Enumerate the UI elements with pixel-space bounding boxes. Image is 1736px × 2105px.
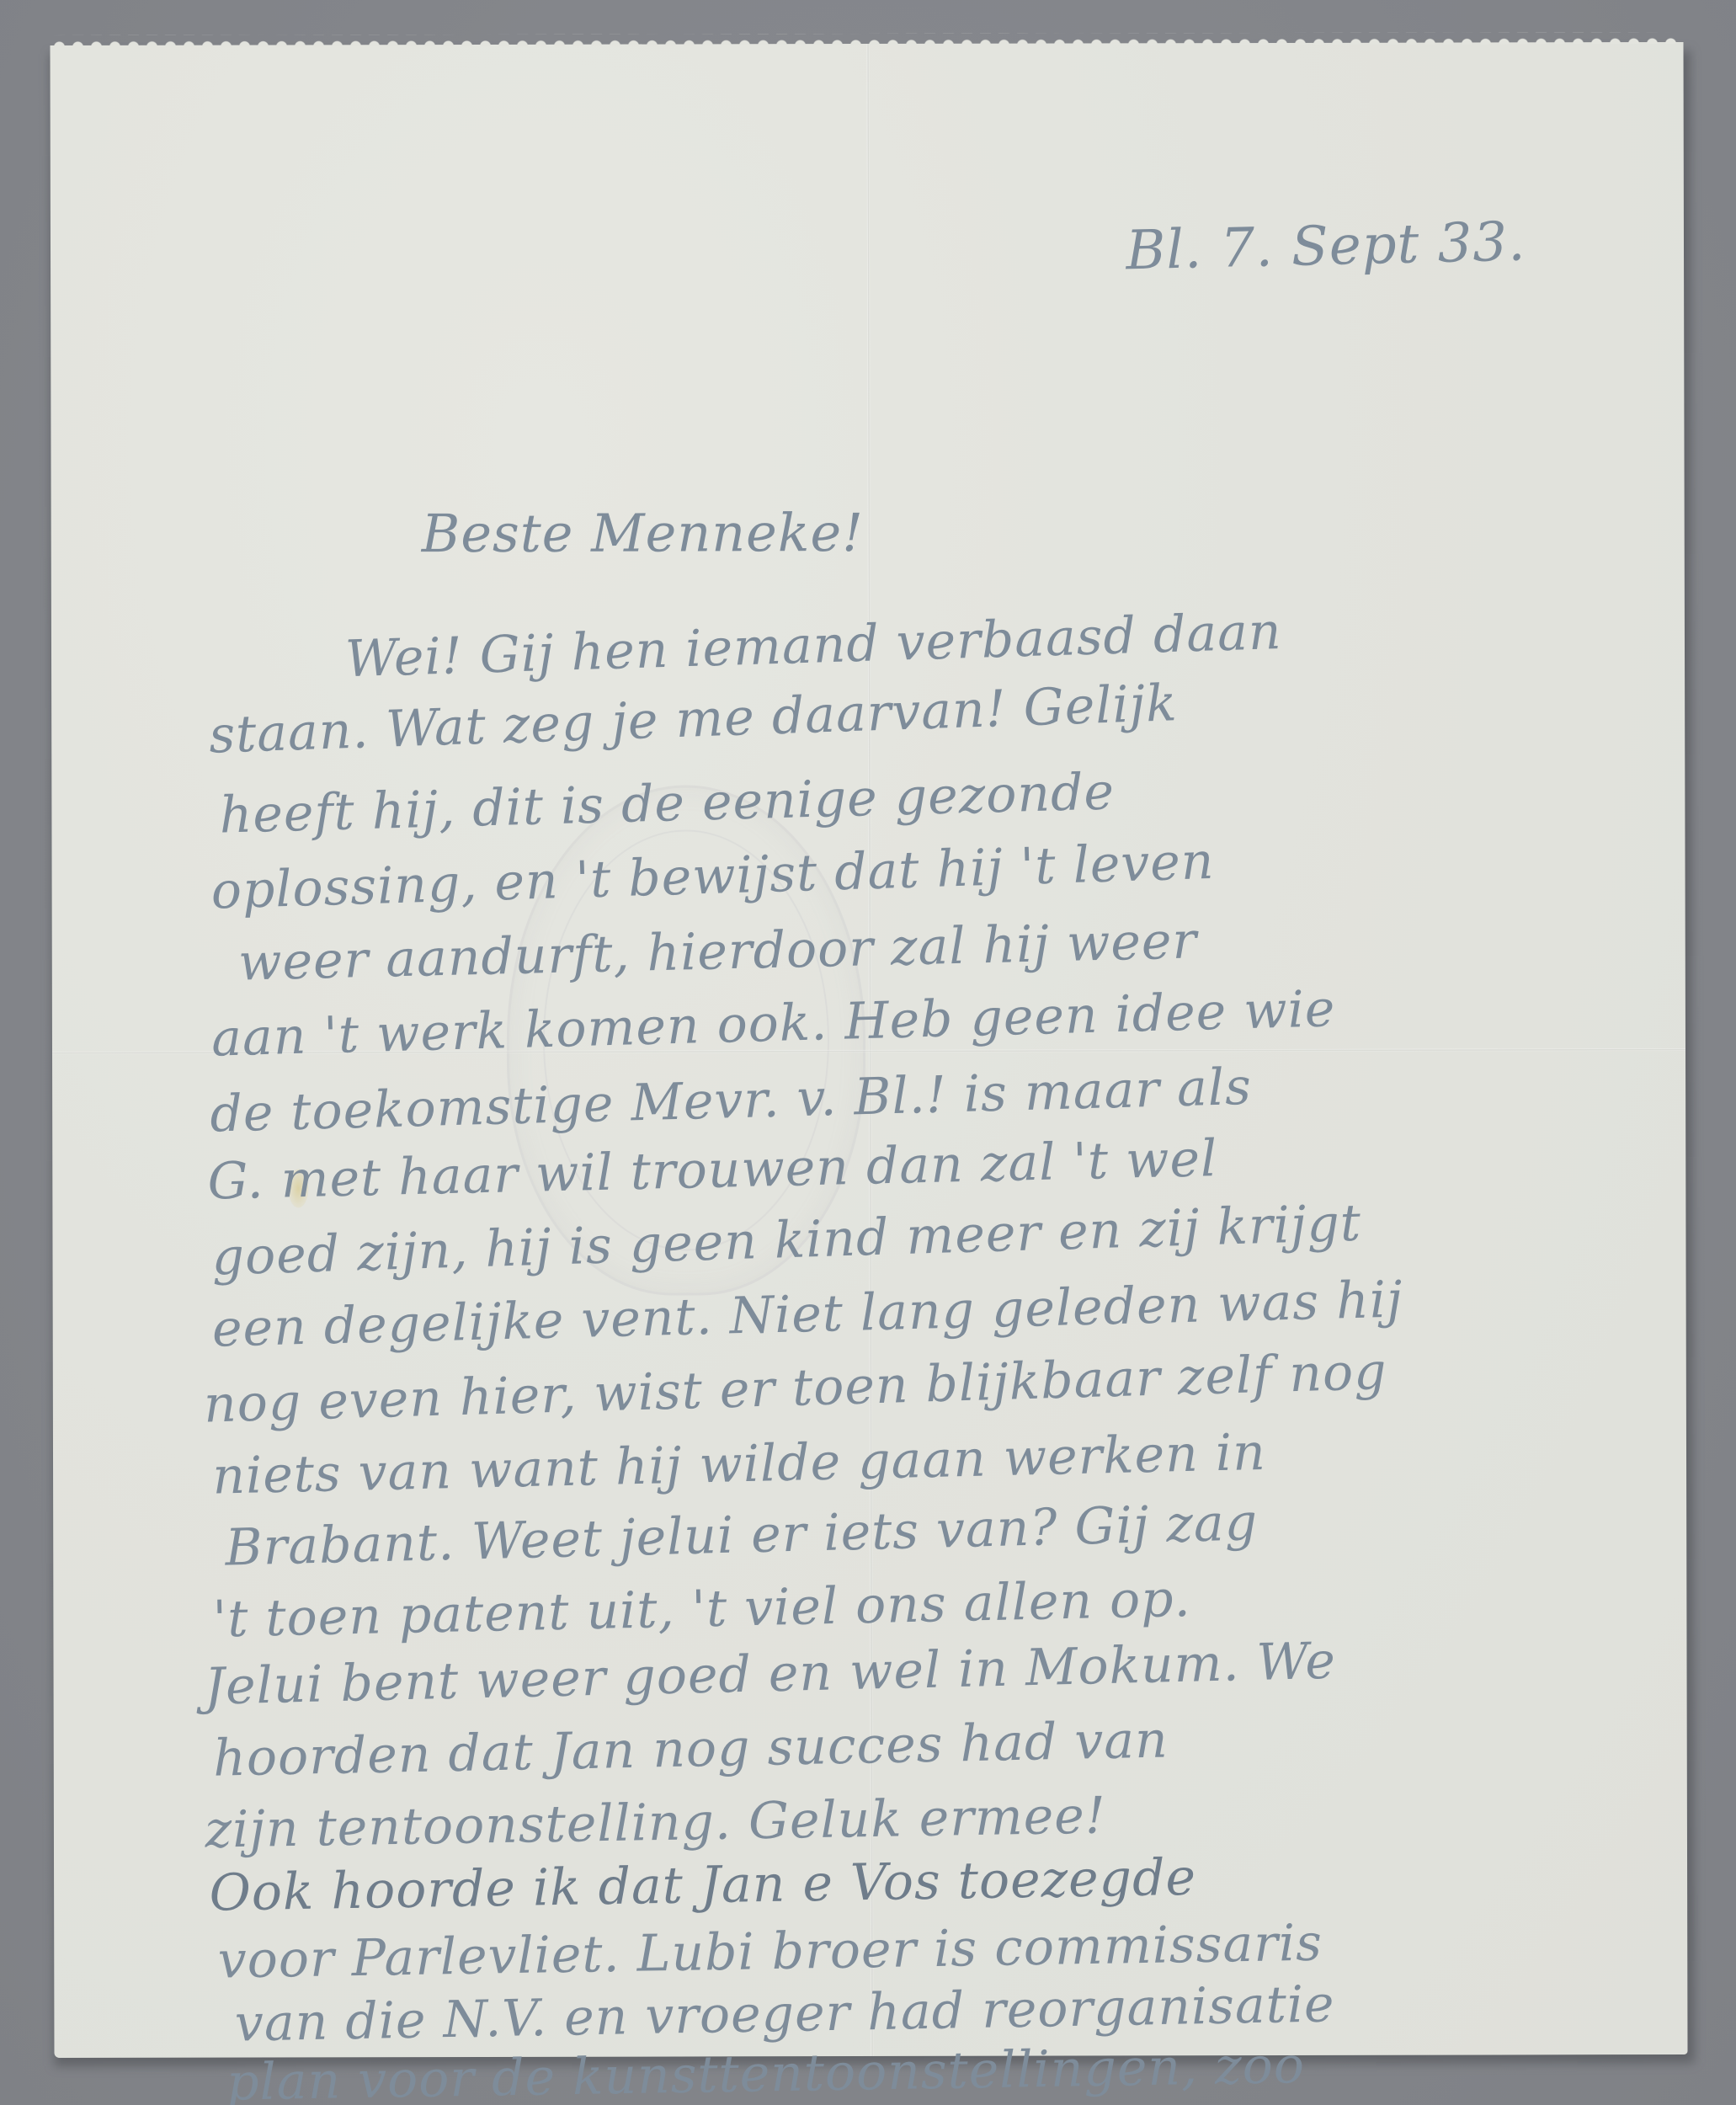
body-line: 't toen patent uit, 't viel ons allen op…	[212, 1574, 1191, 1645]
body-line: de toekomstige Mevr. v. Bl.! is maar als	[210, 1062, 1253, 1140]
body-line: hoorden dat Jan nog succes had van	[213, 1714, 1169, 1783]
body-line: zijn tentoonstelling. Geluk ermee!	[205, 1790, 1106, 1855]
body-line: G. met haar wil trouwen dan zal 't wel	[207, 1133, 1218, 1207]
body-line: oplossing, en 't bewijst dat hij 't leve…	[210, 836, 1215, 917]
body-line: weer aandurft, hierdoor zal hij weer	[237, 915, 1197, 988]
body-line: nog even hier, wist er toen blijkbaar ze…	[203, 1346, 1387, 1431]
body-line: een degelijke vent. Niet lang geleden wa…	[211, 1275, 1403, 1355]
body-line: voor Parlevliet. Lubi broer is commissar…	[217, 1918, 1323, 1986]
body-line: Wei! Gij hen iemand verbaasd daan	[344, 606, 1282, 685]
body-line: Jelui bent weer goed en wel in Mokum. We	[204, 1636, 1336, 1713]
body-line: staan. Wat zeg je me daarvan! Gelijk	[208, 678, 1178, 761]
body-line: plan voor de kunsttentoonstellingen, zoo	[226, 2040, 1306, 2105]
body-line: aan 't werk komen ook. Heb geen idee wie	[210, 983, 1336, 1063]
letter-salutation: Beste Menneke!	[422, 507, 864, 560]
body-line: Brabant. Weet jelui er iets van? Gij zag	[225, 1497, 1259, 1573]
letter-date: Bl. 7. Sept 33.	[1126, 215, 1526, 278]
body-line: heeft hij, dit is de eenige gezonde	[219, 766, 1116, 840]
body-line: goed zijn, hij is geen kind meer en zij …	[211, 1198, 1362, 1283]
body-line: niets van want hij wilde gaan werken in	[212, 1427, 1267, 1502]
letter-sheet: Bl. 7. Sept 33. Beste Menneke! Wei! Gij …	[50, 42, 1687, 2058]
body-line: Ook hoorde ik dat Jan e Vos toezegde	[209, 1852, 1196, 1919]
